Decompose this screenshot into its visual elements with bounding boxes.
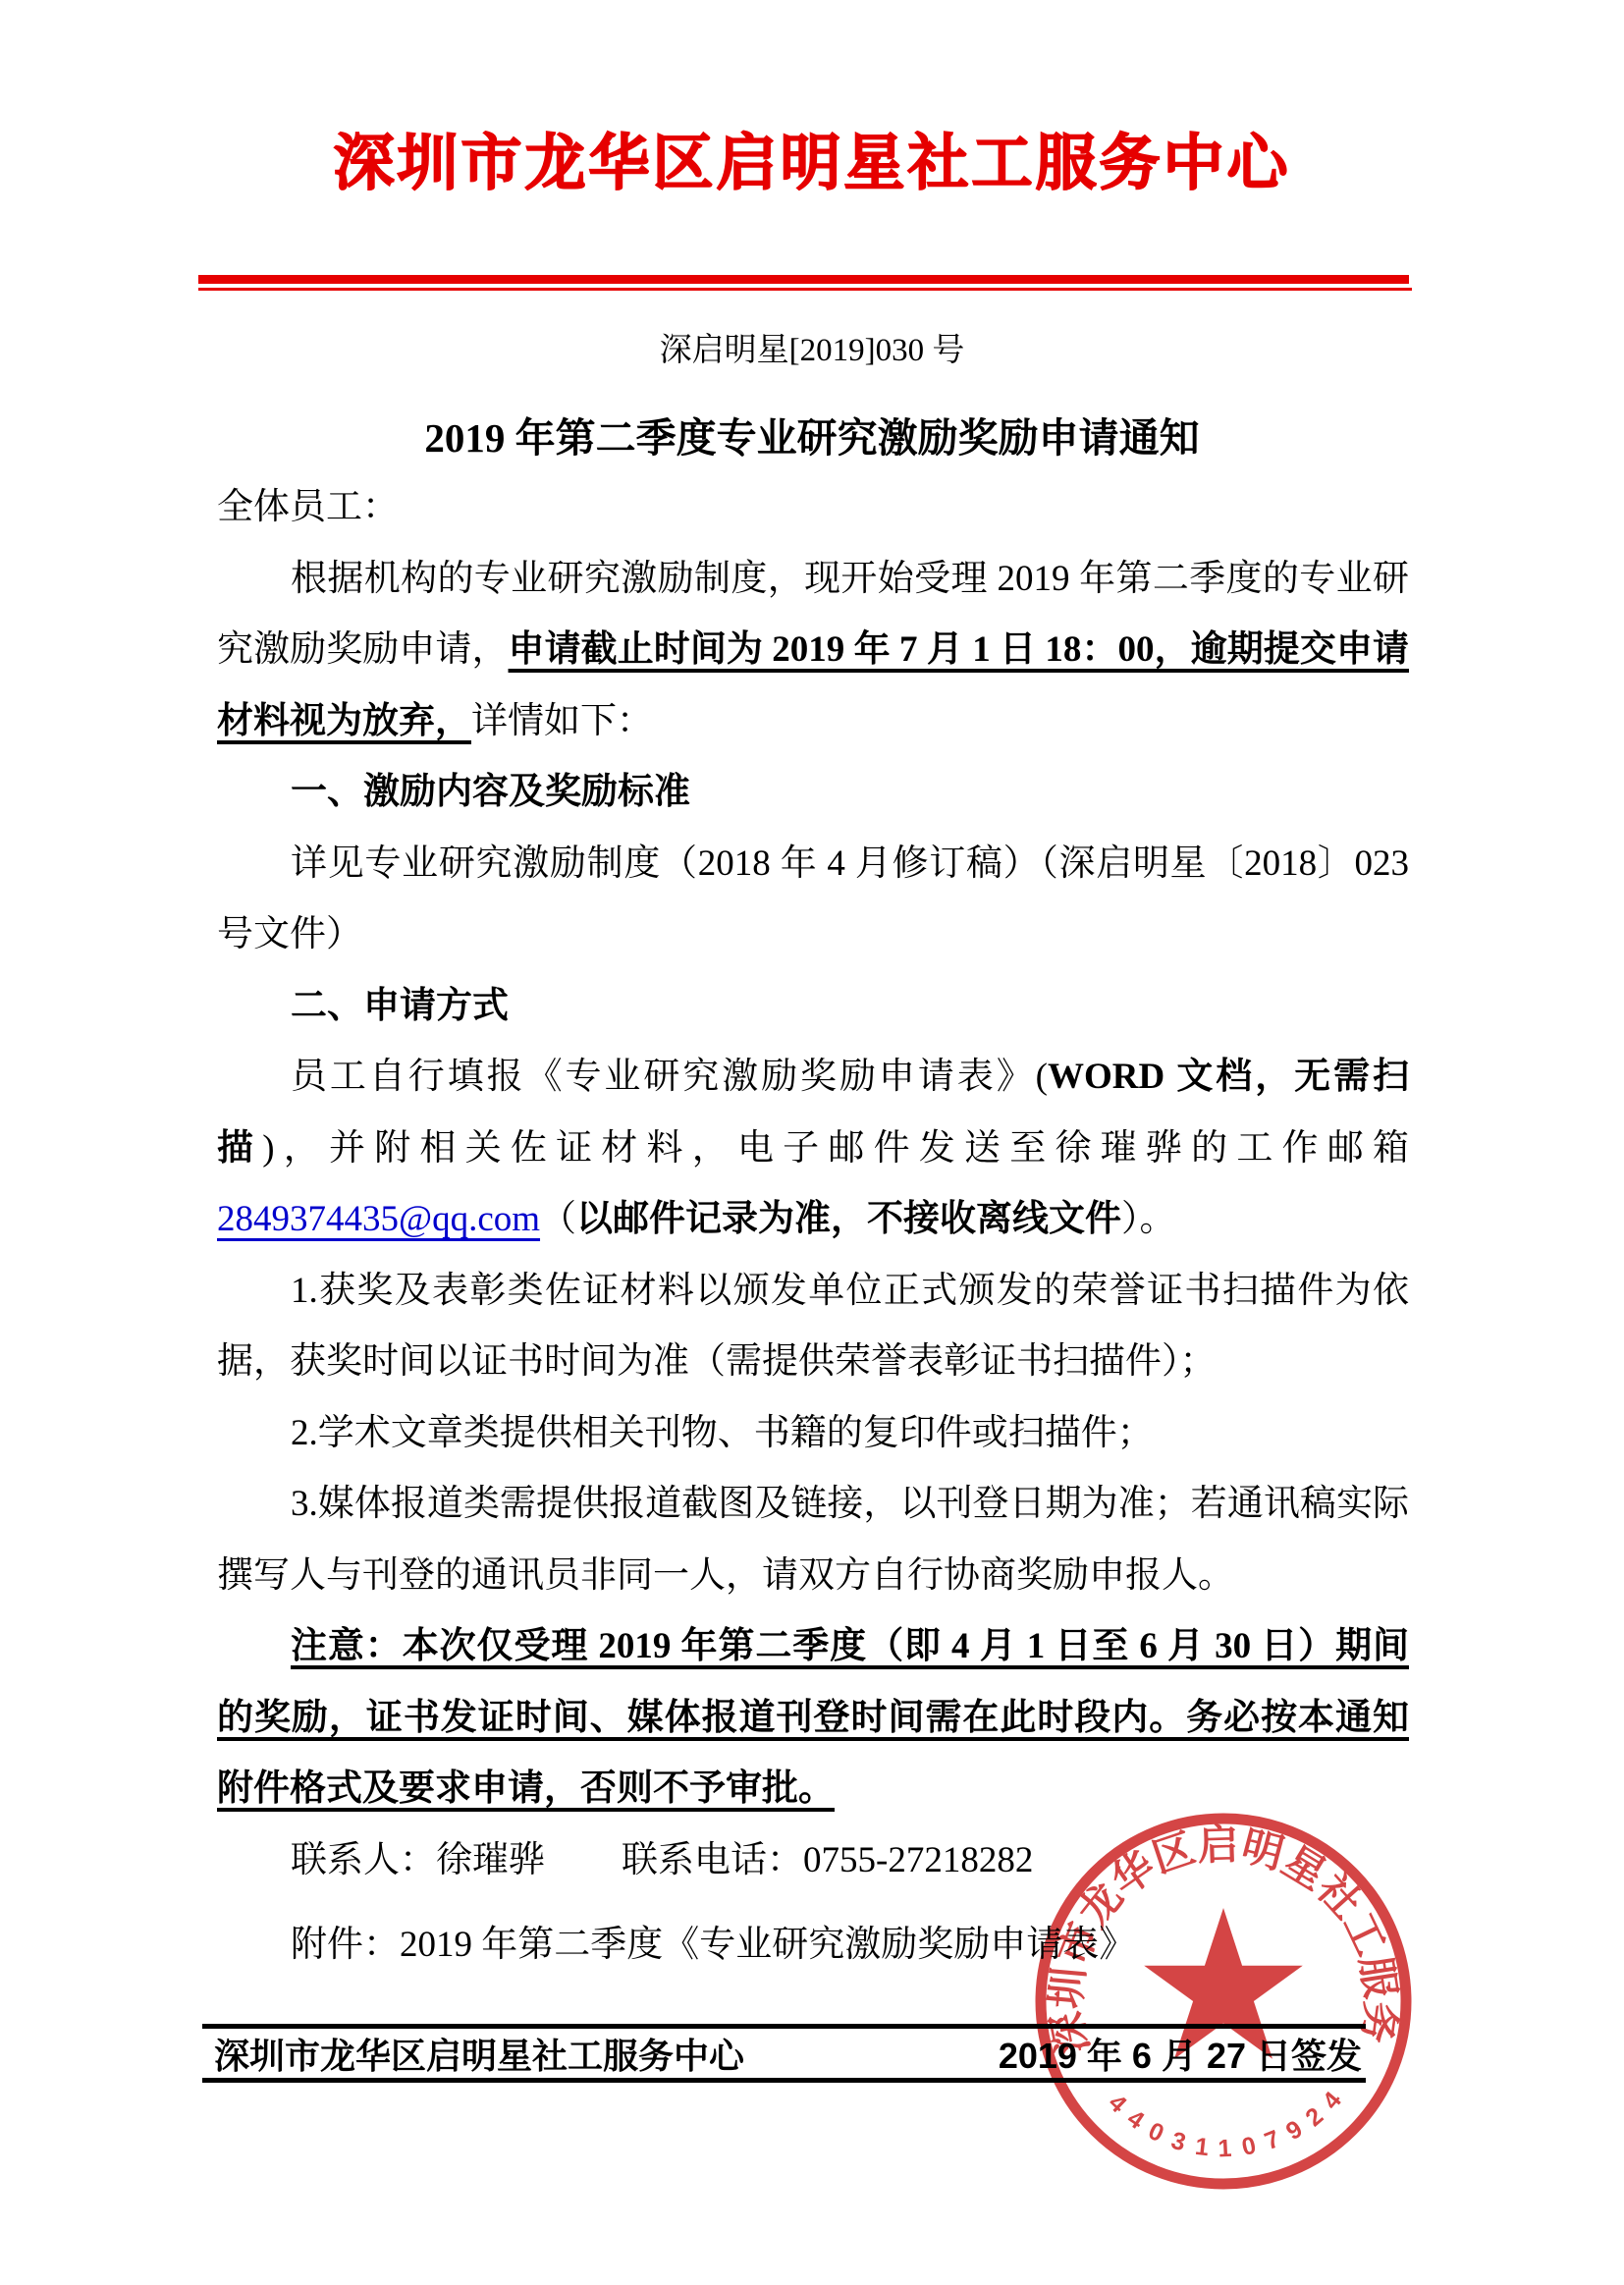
footer-organization: 深圳市龙华区启明星社工服务中心 bbox=[202, 2029, 744, 2079]
section2-heading: 二、申请方式 bbox=[217, 971, 1409, 1043]
header-rule-thin bbox=[198, 288, 1412, 291]
organization-title: 深圳市龙华区启明星社工服务中心 bbox=[0, 114, 1624, 201]
notice-paragraph: 注意：本次仅受理 2019 年第二季度（即 4 月 1 日至 6 月 30 日）… bbox=[217, 1611, 1409, 1825]
intro-tail: 详情如下： bbox=[471, 701, 653, 741]
apply-text: 员工自行填报《专业研究激励奖励申请表》( bbox=[291, 1057, 1048, 1097]
contact-line: 联系人：徐璀骅联系电话：0755-27218282 bbox=[217, 1825, 1409, 1897]
list-item-3: 3.媒体报道类需提供报道截图及链接，以刊登日期为准；若通讯稿实际撰写人与刊登的通… bbox=[217, 1469, 1409, 1611]
apply-paragraph: 员工自行填报《专业研究激励奖励申请表》(WORD 文档，无需扫描)，并附相关佐证… bbox=[217, 1042, 1409, 1256]
list-item-2: 2.学术文章类提供相关刊物、书籍的复印件或扫描件； bbox=[217, 1398, 1409, 1470]
document-body: 全体员工： 根据机构的专业研究激励制度，现开始受理 2019 年第二季度的专业研… bbox=[217, 472, 1409, 1982]
footer-issue-date: 2019 年 6 月 27 日签发 bbox=[999, 2029, 1366, 2079]
apply-mid: )，并附相关佐证材料，电子邮件发送至徐璀骅的工作邮箱 bbox=[262, 1128, 1409, 1169]
notice-emphasis: 注意：本次仅受理 2019 年第二季度（即 4 月 1 日至 6 月 30 日）… bbox=[217, 1626, 1409, 1809]
attachment-line: 附件：2019 年第二季度《专业研究激励奖励申请表》 bbox=[217, 1910, 1409, 1982]
document-number: 深启明星[2019]030 号 bbox=[0, 324, 1624, 370]
seal-serial-number: 44031107924 bbox=[1103, 2078, 1354, 2163]
list-item-1: 1.获奖及表彰类佐证材料以颁发单位正式颁发的荣誉证书扫描件为依据，获奖时间以证书… bbox=[217, 1256, 1409, 1398]
paren-open: （ bbox=[540, 1199, 576, 1239]
intro-paragraph: 根据机构的专业研究激励制度，现开始受理 2019 年第二季度的专业研究激励奖励申… bbox=[217, 544, 1409, 758]
email-note-emphasis: 以邮件记录为准，不接收离线文件 bbox=[576, 1199, 1121, 1239]
email-link[interactable]: 2849374435@qq.com bbox=[217, 1199, 540, 1239]
page-footer: 深圳市龙华区启明星社工服务中心 2019 年 6 月 27 日签发 bbox=[202, 2024, 1366, 2083]
document-title: 2019 年第二季度专业研究激励奖励申请通知 bbox=[0, 406, 1624, 463]
header-rule-thick bbox=[198, 275, 1409, 284]
contact-person: 联系人：徐璀骅 bbox=[291, 1840, 545, 1880]
contact-phone: 联系电话：0755-27218282 bbox=[622, 1840, 1033, 1880]
section1-content: 详见专业研究激励制度（2018 年 4 月修订稿）（深启明星〔2018〕023 … bbox=[217, 829, 1409, 971]
paren-close: ）。 bbox=[1121, 1199, 1176, 1239]
section1-heading: 一、激励内容及奖励标准 bbox=[217, 757, 1409, 829]
salutation: 全体员工： bbox=[217, 472, 1409, 544]
